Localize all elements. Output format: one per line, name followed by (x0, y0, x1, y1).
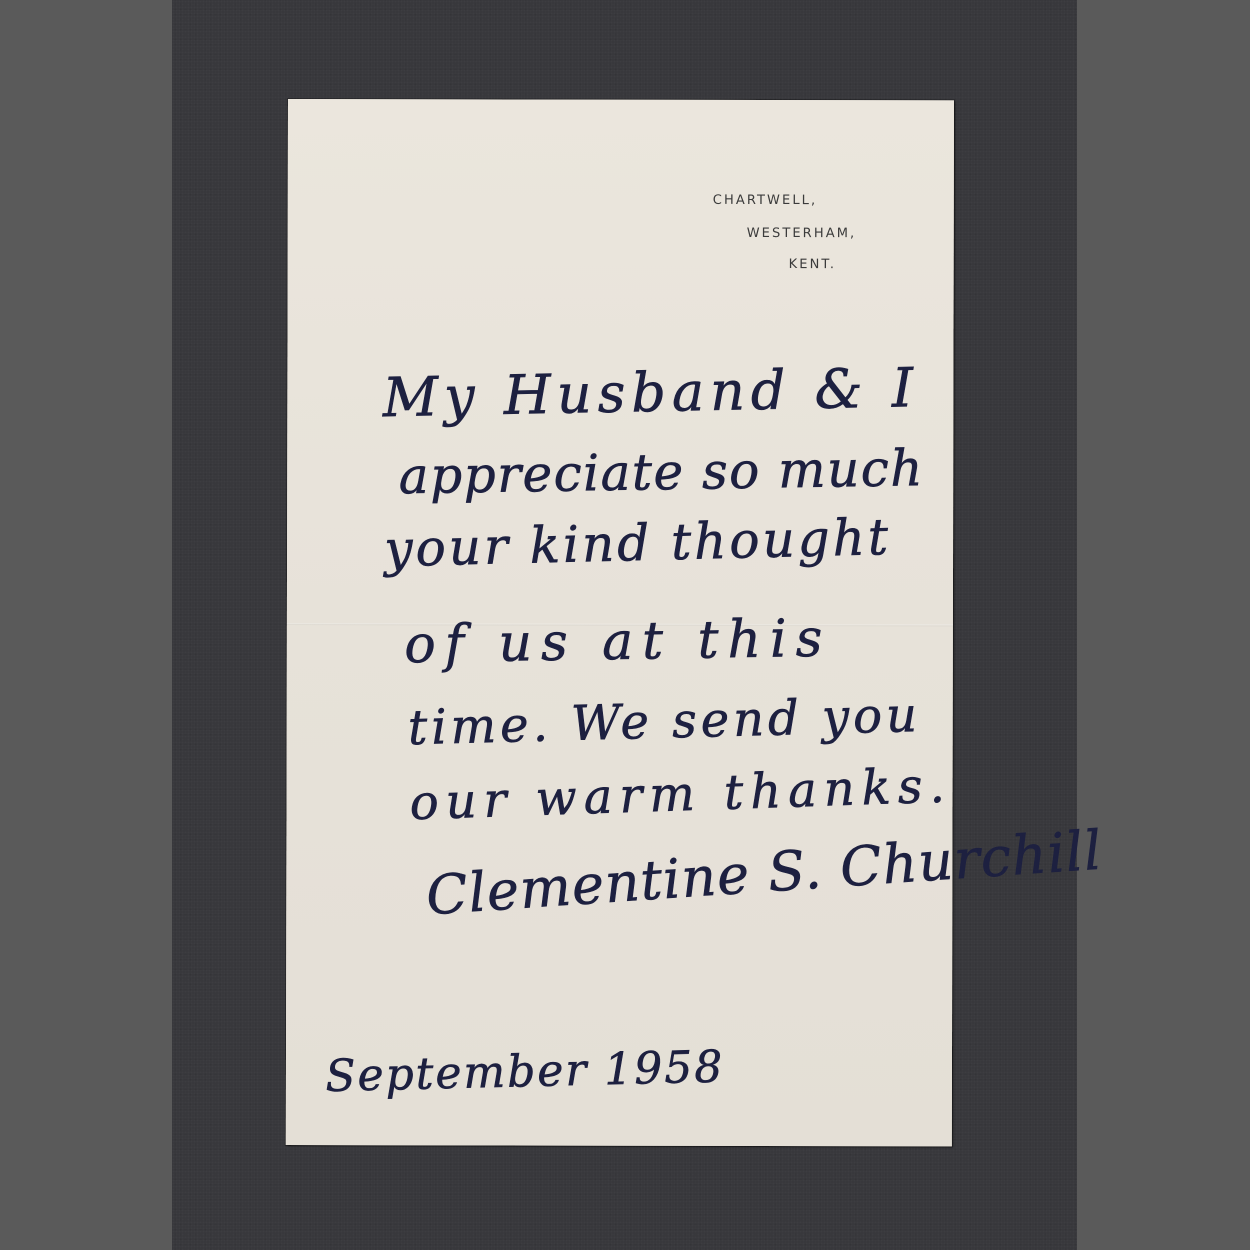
letter-body: My Husband & I appreciate so much your k… (288, 99, 954, 100)
handwritten-line-1: My Husband & I (382, 361, 919, 425)
letter-sheet: CHARTWELL, WESTERHAM, KENT. My Husband &… (286, 99, 954, 1146)
letterhead-line-1: CHARTWELL, (713, 194, 817, 207)
handwritten-line-6: our warm thanks. (409, 761, 952, 827)
letterhead: CHARTWELL, WESTERHAM, KENT. (288, 99, 954, 100)
letterhead-line-3: KENT. (789, 258, 837, 271)
handwritten-line-2: appreciate so much (398, 443, 924, 501)
letterhead-line-2: WESTERHAM, (747, 227, 857, 240)
handwritten-line-3: your kind thought (384, 512, 892, 574)
handwritten-line-4: of us at this (404, 613, 832, 672)
letter-date: September 1958 (325, 1045, 725, 1099)
handwritten-line-5: time. We send you (407, 691, 921, 752)
